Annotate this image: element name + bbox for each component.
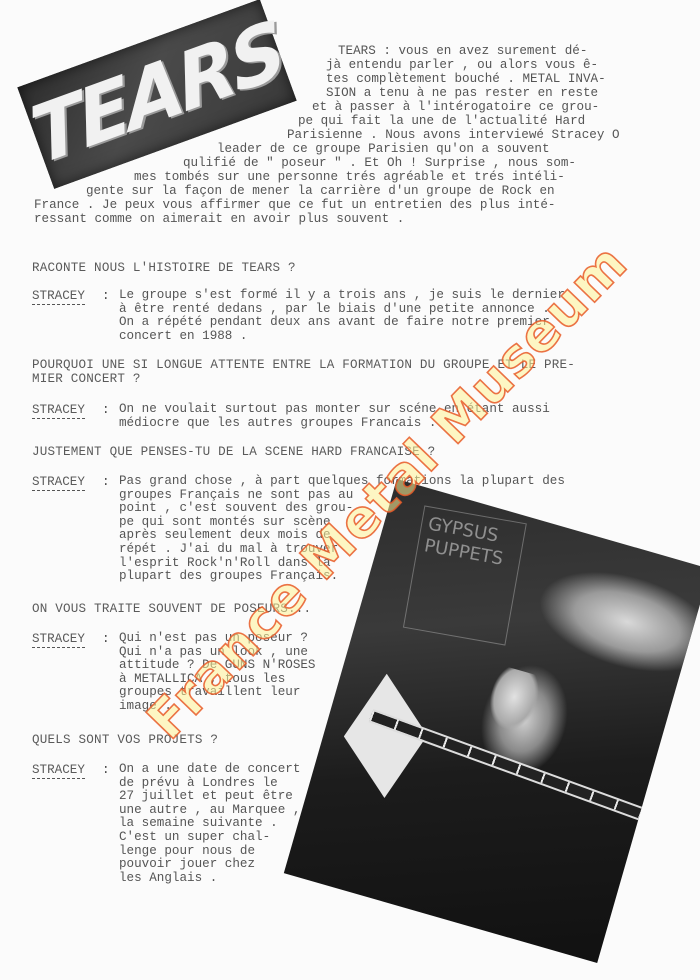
- interview-question: ON VOUS TRAITE SOUVENT DE POSEURS...: [32, 603, 311, 617]
- answer-line: On a répété pendant deux ans avant de fa…: [119, 316, 565, 330]
- speaker-colon: :: [102, 289, 110, 303]
- answer-line: Le groupe s'est formé il y a trois ans ,…: [119, 289, 565, 303]
- intro-line: et à passer à l'intérogatoire ce grou-: [312, 100, 599, 114]
- intro-line: SION a tenu à ne pas rester en reste: [326, 86, 598, 100]
- answer-line: la semaine suivante .: [119, 817, 300, 831]
- answer-line: attitude ? De GUNS N'ROSES: [119, 659, 316, 673]
- intro-line: qulifié de " poseur " . Et Oh ! Surprise…: [183, 156, 576, 170]
- answer-line: lenge pour nous de: [119, 845, 300, 859]
- interview-answer: On a une date de concertde prévu à Londr…: [119, 763, 300, 885]
- speaker-colon: :: [102, 475, 110, 489]
- intro-line: leader de ce groupe Parisien qu'on a sou…: [217, 142, 550, 156]
- interview-question: QUELS SONT VOS PROJETS ?: [32, 734, 218, 748]
- answer-line: Qui n'est pas un poseur ?: [119, 632, 316, 646]
- intro-line: tes complètement bouché . METAL INVA-: [326, 72, 606, 86]
- answer-line: de prévu à Londres le: [119, 777, 300, 791]
- interview-question: JUSTEMENT QUE PENSES-TU DE LA SCENE HARD…: [32, 446, 435, 460]
- answer-line: concert en 1988 .: [119, 330, 565, 344]
- answer-line: C'est un super chal-: [119, 831, 300, 845]
- interview-answer: Le groupe s'est formé il y a trois ans ,…: [119, 289, 565, 343]
- speaker-colon: :: [102, 403, 110, 417]
- answer-line: à METALLICA , tous les: [119, 673, 316, 687]
- intro-line: pe qui fait la une de l'actualité Hard: [298, 114, 585, 128]
- answer-line: une autre , au Marquee ,: [119, 804, 300, 818]
- speaker-colon: :: [102, 763, 110, 777]
- answer-line: groupes travaillent leur: [119, 686, 316, 700]
- wall-graffiti: GYPSUS PUPPETS: [403, 505, 527, 645]
- intro-line: Parisienne . Nous avons interviewé Strac…: [287, 128, 620, 142]
- answer-line: On a une date de concert: [119, 763, 300, 777]
- speaker-label: STRACEY: [32, 403, 85, 419]
- interview-answer: On ne voulait surtout pas monter sur scé…: [119, 403, 550, 430]
- speaker-label: STRACEY: [32, 475, 85, 491]
- musician-face: [483, 665, 544, 735]
- answer-line: les Anglais .: [119, 872, 300, 886]
- speaker-colon: :: [102, 632, 110, 646]
- answer-line: groupes Français ne sont pas au: [119, 489, 565, 503]
- interview-answer: Qui n'est pas un poseur ?Qui n'a pas un …: [119, 632, 316, 714]
- intro-line: jà entendu parler , ou alors vous ê-: [326, 58, 598, 72]
- answer-line: pouvoir jouer chez: [119, 858, 300, 872]
- speaker-label: STRACEY: [32, 289, 85, 305]
- answer-line: à être renté dedans , par le biais d'une…: [119, 303, 565, 317]
- answer-line: On ne voulait surtout pas monter sur scé…: [119, 403, 550, 417]
- answer-line: Qui n'a pas un look , une: [119, 646, 316, 660]
- intro-line: ressant comme on aimerait en avoir plus …: [34, 212, 404, 226]
- answer-line: 27 juillet et peut être: [119, 790, 300, 804]
- intro-line: France . Je peux vous affirmer que ce fu…: [34, 198, 555, 212]
- speaker-label: STRACEY: [32, 763, 85, 779]
- intro-line: gente sur la façon de mener la carrière …: [86, 184, 555, 198]
- answer-line: médiocre que les autres groupes Francais…: [119, 417, 550, 431]
- interview-question: POURQUOI UNE SI LONGUE ATTENTE ENTRE LA …: [32, 359, 575, 386]
- answer-line: image .: [119, 700, 316, 714]
- speaker-label: STRACEY: [32, 632, 85, 648]
- interview-question: RACONTE NOUS L'HISTOIRE DE TEARS ?: [32, 262, 296, 276]
- magazine-page: TEARS TEARS : vous en avez surement dé-j…: [0, 0, 700, 980]
- intro-line: TEARS : vous en avez surement dé-: [338, 44, 587, 58]
- intro-line: mes tombés sur une personne trés agréabl…: [134, 170, 565, 184]
- answer-line: Pas grand chose , à part quelques format…: [119, 475, 565, 489]
